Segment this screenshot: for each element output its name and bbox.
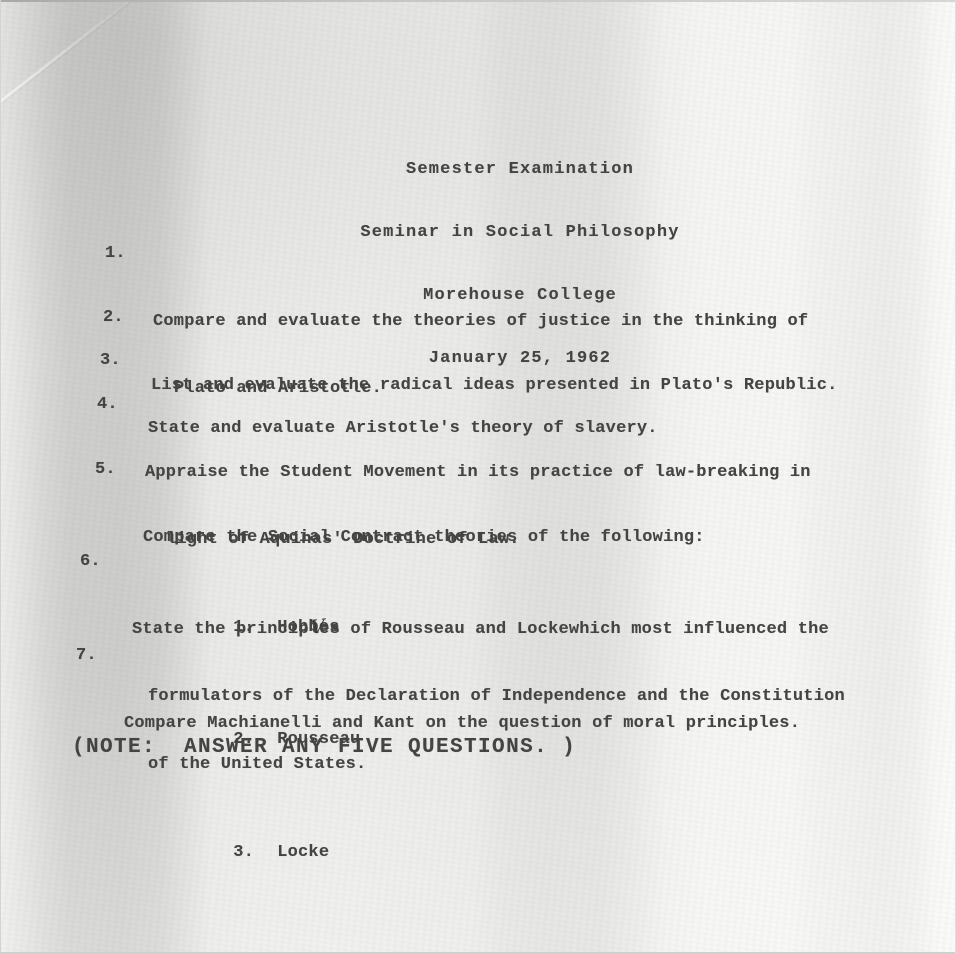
question-7-number: 7. xyxy=(76,645,97,668)
header-subtitle: Seminar in Social Philosophy xyxy=(42,222,956,243)
question-6-line-1: State the principles of Rousseau and Loc… xyxy=(80,619,845,642)
question-5-number: 5. xyxy=(95,459,116,482)
scanned-exam-page: Semester Examination Seminar in Social P… xyxy=(0,0,956,954)
sub-item-3-number: 3. xyxy=(233,842,254,865)
question-3-number: 3. xyxy=(100,350,121,373)
question-5-line-1: Compare the Social Contract theories of … xyxy=(95,527,705,550)
question-4-number: 4. xyxy=(97,394,118,417)
question-7-line-1: Compare Machianelli and Kant on the ques… xyxy=(76,713,800,736)
question-2-number: 2. xyxy=(103,307,124,330)
question-7: 7. Compare Machianelli and Kant on the q… xyxy=(76,645,800,780)
question-5-sub-item-3: 3.Locke xyxy=(95,819,705,887)
page-title: Semester Examination xyxy=(42,159,956,180)
question-6-number: 6. xyxy=(80,551,101,574)
handwritten-caret-mark: V xyxy=(311,615,326,638)
question-1-number: 1. xyxy=(105,243,126,266)
document-content: Semester Examination Seminar in Social P… xyxy=(0,0,956,954)
exam-instructions-note: (NOTE: ANSWER ANY FIVE QUESTIONS. ) xyxy=(72,736,576,759)
sub-item-3-text: Locke xyxy=(277,843,329,862)
